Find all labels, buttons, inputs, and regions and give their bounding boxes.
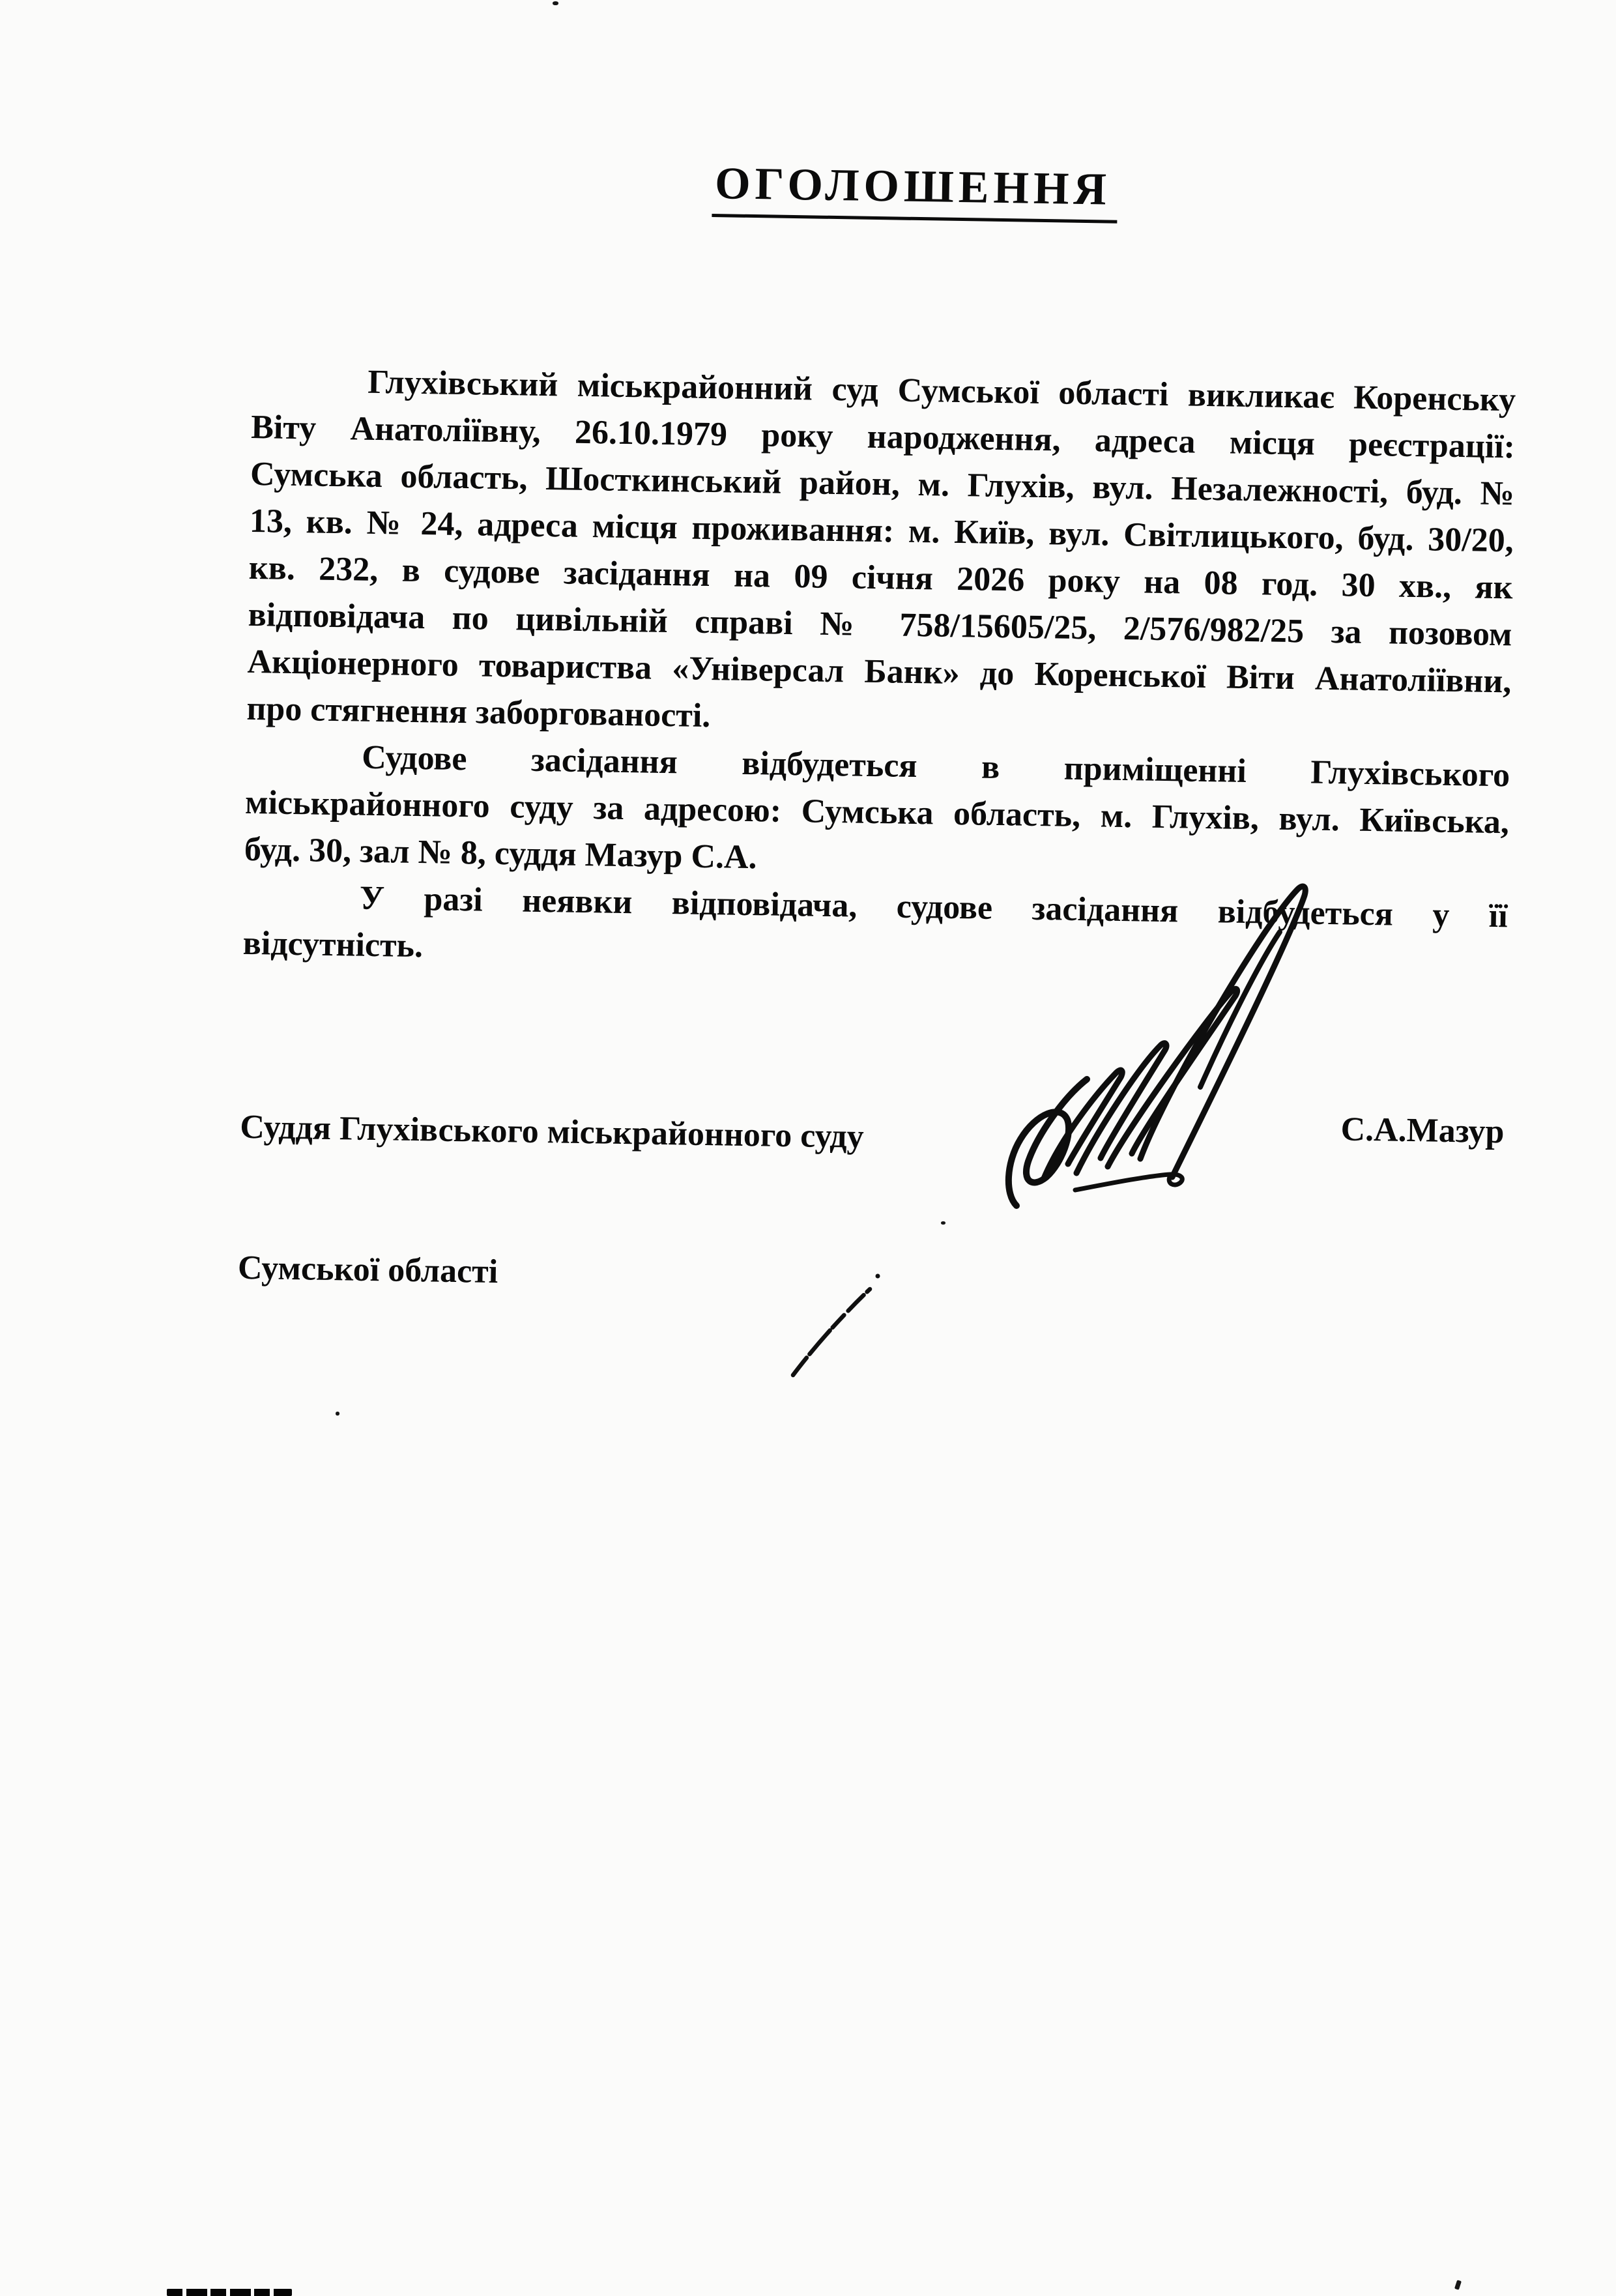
signature-scribble (998, 872, 1324, 1217)
announcement-body: Глухівський міськрайонний суд Сумської о… (242, 357, 1516, 987)
paragraph: Судове засідання відбудеться в приміщенн… (244, 733, 1510, 893)
scan-speck (336, 1412, 339, 1416)
scan-speck (941, 1221, 945, 1225)
scan-speck (1454, 2280, 1462, 2289)
title-block: ОГОЛОШЕННЯ (712, 158, 1118, 224)
scanned-court-announcement-page: ОГОЛОШЕННЯ Глухівський міськрайонний суд… (0, 0, 1616, 2296)
judge-role-block: Суддя Глухівського міськрайонного суду С… (236, 1010, 865, 1395)
judge-role-line: Суддя Глухівського міськрайонного суду (240, 1104, 864, 1161)
document-content: ОГОЛОШЕННЯ Глухівський міськрайонний суд… (238, 147, 1519, 1274)
pen-stroke-mark (779, 1263, 896, 1390)
scan-speck (553, 1, 558, 5)
scan-edge-artifact (167, 2289, 292, 2296)
judge-role-line: Сумської області (237, 1245, 861, 1301)
page-title: ОГОЛОШЕННЯ (712, 158, 1118, 224)
signer-name: С.А.Мазур (1340, 1110, 1505, 1151)
paragraph: Глухівський міськрайонний суд Сумської о… (246, 357, 1516, 752)
